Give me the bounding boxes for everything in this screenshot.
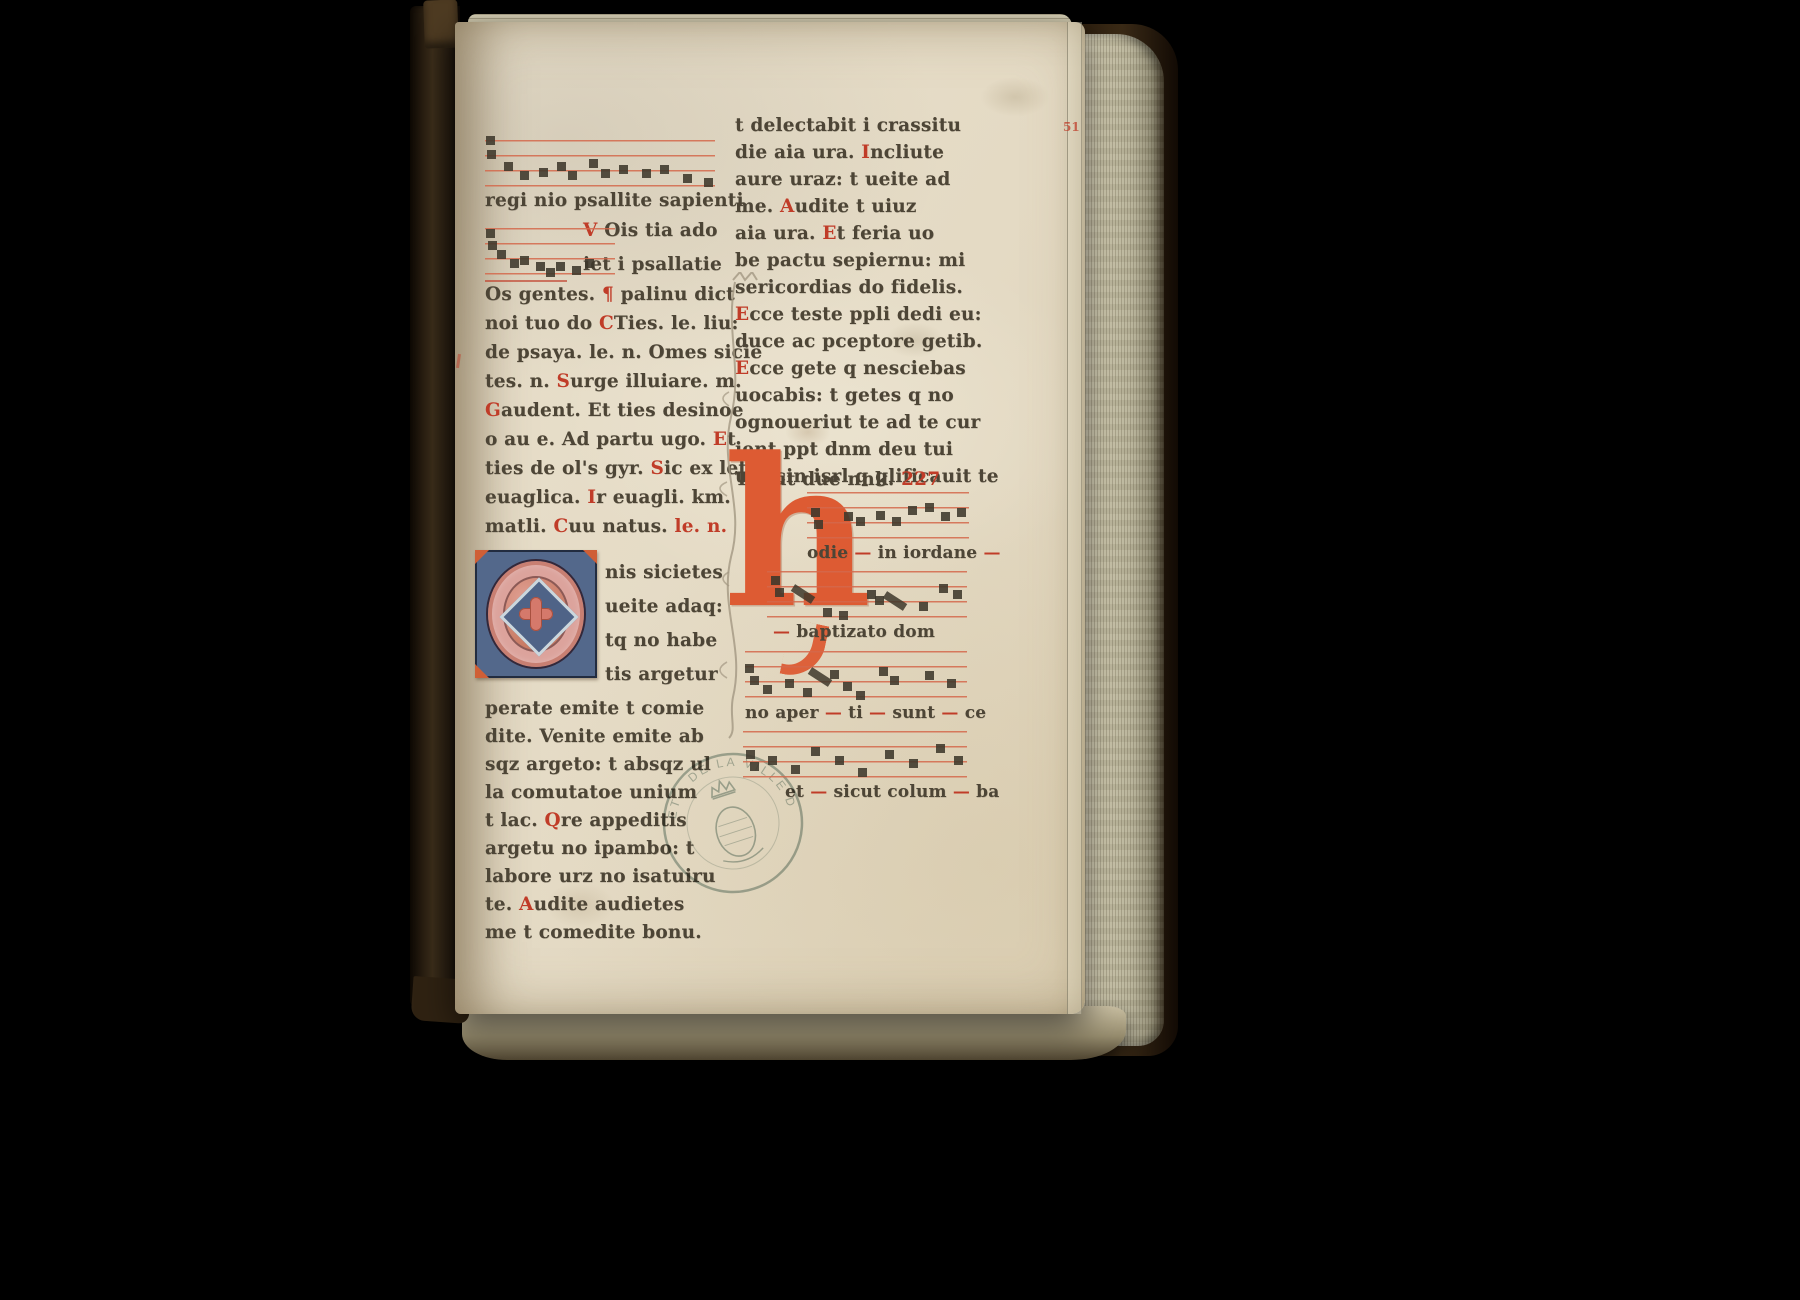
neume-note	[939, 584, 948, 593]
book-page-edges	[1076, 34, 1164, 1046]
text-segment-ink: cce gete q nesciebas	[749, 358, 966, 379]
text-segment-red: S	[650, 458, 664, 479]
neume-ligature	[791, 584, 815, 604]
red-extender-line	[485, 280, 567, 282]
text-segment-red: A	[519, 894, 534, 915]
neume-ligature	[883, 591, 907, 611]
text-segment-ink: aure uraz: t ueite ad	[735, 169, 950, 190]
text-segment-red: C	[553, 516, 568, 537]
text-segment-ink: regi nio psallite sapienti	[485, 190, 744, 211]
text-segment-ink: odie	[807, 543, 854, 563]
text-segment-red: —	[983, 543, 1000, 563]
photo-stage: 51 regi nio psallite sapienti V Ois tia …	[0, 0, 1800, 1300]
manuscript-text-line: Ecce gete q nesciebas	[735, 358, 999, 385]
chant-lyric-line: odie — in iordane —	[807, 543, 1001, 563]
leaf-right-edge	[1067, 22, 1082, 1014]
neume-note	[892, 517, 901, 526]
neume-note	[546, 268, 555, 277]
neume-note	[486, 136, 495, 145]
text-segment-ink: duce ac pceptore getib.	[735, 331, 983, 352]
text-segment-ink: be pactu sepiernu: mi	[735, 250, 965, 271]
neume-note	[811, 508, 820, 517]
text-segment-ink: sicut colum	[834, 782, 953, 802]
neume-note	[750, 676, 759, 685]
neume-note	[775, 588, 784, 597]
manuscript-page: 51 regi nio psallite sapienti V Ois tia …	[455, 22, 1085, 1014]
chant-lyric-line: et — sicut colum — ba	[785, 782, 999, 802]
neume-note	[936, 744, 945, 753]
manuscript-text-line: te. Audite audietes	[485, 894, 716, 922]
neume-note	[536, 262, 545, 271]
neume-note	[858, 768, 867, 777]
neume-note	[876, 511, 885, 520]
neume-note	[844, 512, 853, 521]
text-segment-ink: sunt	[892, 703, 941, 723]
text-segment-red: I	[587, 487, 596, 508]
manuscript-text-line: me t comedite bonu.	[485, 922, 716, 950]
neume-note	[572, 266, 581, 275]
manuscript-text-line: aure uraz: t ueite ad	[735, 169, 999, 196]
text-segment-red: S	[557, 371, 571, 392]
illuminated-initial-o	[475, 550, 597, 678]
text-segment-ink: tes. n.	[485, 371, 557, 392]
text-segment-ink: baptizato dom	[796, 622, 935, 642]
neume-note	[830, 670, 839, 679]
book-spine	[410, 6, 460, 1008]
neume-note	[908, 506, 917, 515]
text-segment-ink: t feria uo	[837, 223, 935, 244]
text-segment-ink: dite. Venite emite ab	[485, 726, 704, 747]
neume-note	[954, 756, 963, 765]
neume-note	[811, 747, 820, 756]
text-segment-ink: o au e. Ad partu ugo.	[485, 429, 713, 450]
text-segment-red: Q	[545, 810, 561, 831]
neume-note	[557, 162, 566, 171]
neume-note	[771, 576, 780, 585]
text-segment-ink: ba	[976, 782, 999, 802]
manuscript-text-line: uocabis: t getes q no	[735, 385, 999, 412]
neume-note	[856, 517, 865, 526]
music-staff-right-2	[767, 571, 967, 618]
neume-note	[947, 679, 956, 688]
neume-note	[589, 159, 598, 168]
crown-icon	[708, 777, 735, 799]
text-segment-ink: die aia ura.	[735, 142, 861, 163]
text-segment-ink: ties de ol's gyr.	[485, 458, 650, 479]
neume-note	[556, 262, 565, 271]
text-segment-ink: Ois tia ado	[604, 220, 717, 241]
neume-note	[941, 512, 950, 521]
neume-note	[504, 162, 513, 171]
neume-note	[683, 174, 692, 183]
text-segment-red: —	[810, 782, 833, 802]
text-segment-red: A	[780, 196, 795, 217]
quatrefoil-flower-icon	[519, 597, 553, 631]
text-segment-ink: noi tuo do	[485, 313, 599, 334]
neume-note	[568, 171, 577, 180]
neume-note	[839, 611, 848, 620]
manuscript-text-line: be pactu sepiernu: mi	[735, 250, 999, 277]
text-segment-ink: t delectabit i crassitu	[735, 115, 961, 136]
text-segment-red: —	[869, 703, 892, 723]
neume-note	[642, 169, 651, 178]
neume-note	[957, 508, 966, 517]
text-segment-red: C	[599, 313, 614, 334]
manuscript-text-line: aia ura. Et feria uo	[735, 223, 999, 250]
left-column-lyric-line: regi nio psallite sapienti	[485, 190, 744, 211]
text-segment-ink: uu natus.	[568, 516, 674, 537]
neume-note	[768, 756, 777, 765]
text-segment-red: 227	[901, 469, 940, 490]
manuscript-text-line: die aia ura. Incliute	[735, 142, 999, 169]
neume-note	[660, 165, 669, 174]
neume-note	[823, 608, 832, 617]
neume-note	[750, 762, 759, 771]
music-staff-right-1	[807, 492, 969, 539]
neume-note	[835, 756, 844, 765]
neume-note	[704, 178, 713, 187]
manuscript-text-line: sericordias do fidelis.	[735, 277, 999, 304]
initial-corner-ornament	[583, 550, 597, 564]
neume-note	[486, 229, 495, 238]
folio-number: 51	[1063, 120, 1080, 134]
neume-note	[746, 750, 755, 759]
neume-note	[890, 676, 899, 685]
neume-note	[791, 765, 800, 774]
neume-note	[488, 241, 497, 250]
text-segment-ink: in iordane	[878, 543, 984, 563]
chant-lyric-line: — baptizato dom	[773, 622, 935, 642]
text-segment-ink: te.	[485, 894, 519, 915]
text-segment-red: —	[773, 622, 796, 642]
text-segment-ink: udite t uiuz	[795, 196, 917, 217]
neume-note	[619, 165, 628, 174]
music-staff-left-b	[485, 228, 615, 275]
text-segment-ink: me t comedite bonu.	[485, 922, 702, 943]
neume-note	[909, 759, 918, 768]
text-segment-ink: matli.	[485, 516, 553, 537]
neume-note	[763, 685, 772, 694]
neume-note	[953, 590, 962, 599]
parchment-stain	[980, 77, 1050, 117]
neume-note	[487, 150, 496, 159]
book-bottom-page-edges	[462, 1006, 1126, 1060]
text-segment-ink: me.	[735, 196, 780, 217]
text-segment-ink: euaglica.	[485, 487, 587, 508]
neume-note	[745, 664, 754, 673]
neume-note	[785, 679, 794, 688]
text-segment-ink: Os gentes.	[485, 284, 602, 305]
music-staff-right-3	[745, 651, 967, 698]
neume-note	[510, 259, 519, 268]
neume-note	[879, 667, 888, 676]
text-segment-ink: no aper	[745, 703, 825, 723]
manuscript-text-line: perate emite t comie	[485, 698, 716, 726]
text-segment-ink: aia ura.	[735, 223, 822, 244]
manuscript-text-line: t delectabit i crassitu	[735, 115, 999, 142]
neume-note	[843, 682, 852, 691]
music-staff-left-a	[485, 140, 715, 187]
neume-note	[520, 171, 529, 180]
text-segment-red: —	[825, 703, 848, 723]
neume-note	[803, 688, 812, 697]
neume-note	[585, 259, 594, 268]
text-segment-red: I	[861, 142, 870, 163]
neume-note	[885, 750, 894, 759]
flower-center-dot	[532, 610, 540, 618]
text-segment-red: G	[485, 400, 501, 421]
manuscript-text-line: me. Audite t uiuz	[735, 196, 999, 223]
neume-note	[497, 250, 506, 259]
neume-note	[601, 169, 610, 178]
text-segment-red: —	[953, 782, 976, 802]
text-segment-red: E	[822, 223, 836, 244]
text-segment-ink: sericordias do fidelis.	[735, 277, 963, 298]
neume-note	[539, 168, 548, 177]
manuscript-text-line: duce ac pceptore getib.	[735, 331, 999, 358]
neume-note	[856, 691, 865, 700]
text-segment-ink: ce	[965, 703, 987, 723]
text-segment-ink: cce teste ppli dedi eu:	[749, 304, 981, 325]
text-segment-red: ¶	[602, 284, 621, 305]
book-spine-strap	[423, 0, 459, 49]
text-segment-red: —	[854, 543, 877, 563]
initial-corner-ornament	[475, 664, 489, 678]
neume-note	[814, 520, 823, 529]
text-segment-ink: perate emite t comie	[485, 698, 704, 719]
text-segment-red: —	[941, 703, 964, 723]
manuscript-text-line: Ecce teste ppli dedi eu:	[735, 304, 999, 331]
page-content: 51 regi nio psallite sapienti V Ois tia …	[455, 22, 1085, 1014]
neume-note	[925, 503, 934, 512]
neume-note	[925, 671, 934, 680]
text-segment-ink: ncliute	[870, 142, 944, 163]
chant-lyric-line: no aper — ti — sunt — ce	[745, 703, 986, 723]
initial-corner-ornament	[475, 550, 489, 564]
text-segment-ink: ti	[848, 703, 869, 723]
margin-red-mark	[456, 354, 461, 368]
neume-note	[919, 602, 928, 611]
music-staff-right-4	[743, 731, 967, 778]
neume-note	[520, 256, 529, 265]
text-segment-ink: t lac.	[485, 810, 545, 831]
